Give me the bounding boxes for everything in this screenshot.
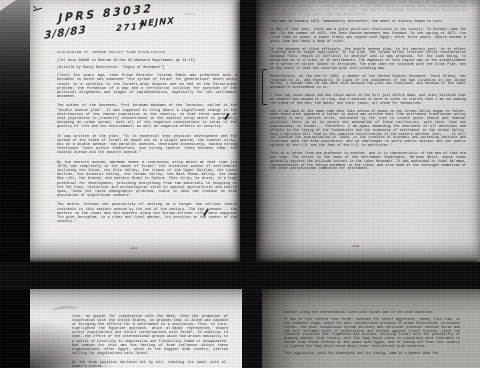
article-byline: [Article by Danny Rubinstein: "Signs of … [57, 66, 237, 70]
paragraph: It was in this context that Israel launc… [284, 318, 460, 348]
handwritten-date: 3/8/83 [44, 24, 86, 42]
paragraph: In May of that year, there was a quiet p… [270, 29, 466, 44]
page-114: JPRS 83032 2717 NEJNX 3/8/83 1845 DISCUS… [30, 0, 240, 262]
pen-bracket-mark [262, 69, 267, 105]
paragraph: [Text] Six years ago, then Prime Ministe… [57, 74, 237, 99]
paragraph: tion; an appeal for cooperation with the… [72, 315, 228, 356]
film-edge-strip [0, 0, 30, 368]
frame-separator-band [0, 262, 480, 289]
pen-stroke [33, 6, 37, 9]
paragraph: Let it be said at the same time that thi… [270, 111, 466, 149]
handwritten-routing-code: NEJNX [140, 16, 175, 29]
page-bottom-right: another along the confrontation lines wi… [262, 289, 480, 368]
paragraph: another along the confrontation lines wi… [284, 311, 460, 315]
page-bottom-left: tion; an appeal for cooperation with the… [30, 289, 242, 368]
pen-smudge-mark [52, 306, 78, 314]
page-gutter [240, 0, 256, 262]
typed-text-block: After the rush of settlement of those fi… [270, 2, 466, 176]
article-title: DISCUSSION OF JORDAN VALLEY PLAN HIGHLIG… [57, 51, 237, 55]
paragraph: After the rush of settlement of those fi… [270, 2, 466, 17]
page-number: 114 [130, 247, 137, 251]
paragraph: The author of the document, Prof Avraham… [57, 104, 237, 129]
paragraph: It was written in the plan: "It is essen… [57, 135, 237, 156]
paragraph: That was in January 1973. Immediately th… [270, 21, 466, 25]
paragraph: This is a letter from one professor to a… [270, 153, 466, 172]
scanned-document-photo: JPRS 83032 2717 NEJNX 3/8/83 1845 DISCUS… [0, 0, 480, 368]
typed-text-block: DISCUSSION OF JORDAN VALLEY PLAN HIGHLIG… [57, 51, 237, 229]
paragraph: The author foresaw the possibility of se… [57, 203, 237, 224]
film-corner-notch [0, 0, 16, 11]
source-citation: [Tel Aviv DAVAR in Hebrew 10 Dec 82 Week… [57, 59, 237, 63]
typed-text-block: another along the confrontation lines wi… [284, 311, 460, 359]
paragraph: In the absence of Likud officials, the d… [270, 49, 466, 72]
paragraph: As the Arab position declined bit by bit… [72, 361, 228, 368]
typed-text-block: tion; an appeal for cooperation with the… [72, 315, 228, 368]
page-number: 115 [352, 245, 359, 249]
page-115: After the rush of settlement of those fi… [256, 0, 480, 262]
paragraph: Nevertheless, at the end of 1982, a memb… [270, 76, 466, 91]
page-gutter [242, 289, 262, 368]
pen-arrow-mark [33, 6, 43, 14]
paragraph: This aggression, with its dimensions and… [284, 352, 460, 356]
paragraph: By the eastern avenue, Wachman meant a c… [57, 161, 237, 199]
faint-stamp-number: 1845 [184, 13, 196, 17]
paragraph: I know two views about one who stood wat… [270, 95, 466, 107]
